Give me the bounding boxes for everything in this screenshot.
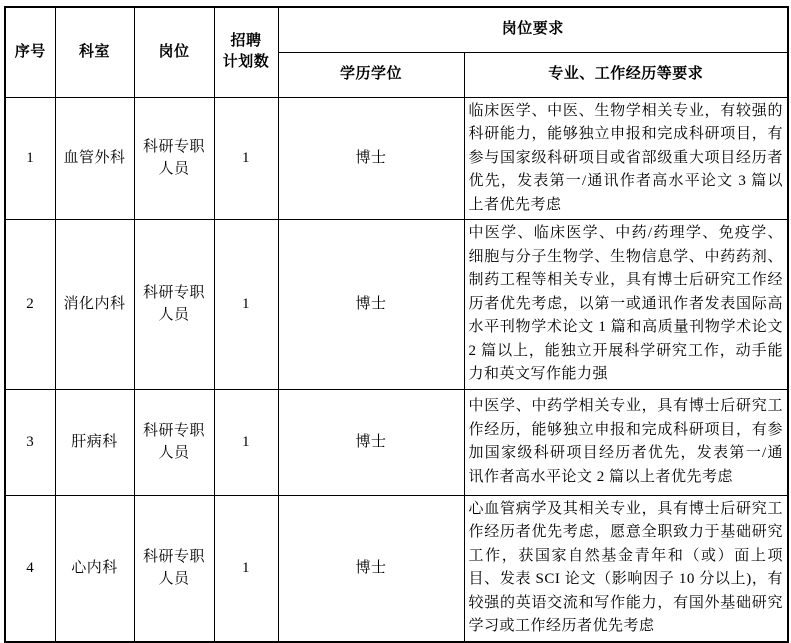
cell-degree: 博士 <box>278 97 464 220</box>
table-row: 1 血管外科 科研专职 人员 1 博士 临床医学、中医、生物学相关专业，有较强的… <box>5 97 788 220</box>
cell-position: 科研专职 人员 <box>134 389 214 495</box>
cell-plan-count: 1 <box>214 389 278 495</box>
cell-requirements: 中医学、临床医学、中药/药理学、免疫学、细胞与分子生物学、生物信息学、中药药剂、… <box>464 220 788 390</box>
cell-serial: 4 <box>5 495 55 642</box>
header-col-department: 科室 <box>55 7 134 97</box>
cell-department: 肝病科 <box>55 389 134 495</box>
cell-plan-count: 1 <box>214 495 278 642</box>
recruitment-table: 序号 科室 岗位 招聘 计划数 岗位要求 学历学位 专业、工作经历等要求 1 血… <box>4 6 789 643</box>
header-col-degree: 学历学位 <box>278 52 464 97</box>
cell-position: 科研专职 人员 <box>134 97 214 220</box>
cell-serial: 3 <box>5 389 55 495</box>
header-col-position: 岗位 <box>134 7 214 97</box>
table-row: 4 心内科 科研专职 人员 1 博士 心血管病学及其相关专业，具有博士后研究工作… <box>5 495 788 642</box>
cell-position: 科研专职 人员 <box>134 495 214 642</box>
cell-requirements: 心血管病学及其相关专业，具有博士后研究工作经历者优先考虑，愿意全职致力于基础研究… <box>464 495 788 642</box>
cell-degree: 博士 <box>278 389 464 495</box>
header-col-requirements-group: 岗位要求 <box>278 7 788 52</box>
cell-department: 血管外科 <box>55 97 134 220</box>
header-col-serial: 序号 <box>5 7 55 97</box>
cell-serial: 2 <box>5 220 55 390</box>
header-col-major-experience: 专业、工作经历等要求 <box>464 52 788 97</box>
cell-degree: 博士 <box>278 220 464 390</box>
cell-degree: 博士 <box>278 495 464 642</box>
cell-plan-count: 1 <box>214 220 278 390</box>
page: 序号 科室 岗位 招聘 计划数 岗位要求 学历学位 专业、工作经历等要求 1 血… <box>0 0 791 563</box>
cell-plan-count: 1 <box>214 97 278 220</box>
cell-requirements: 中医学、中药学相关专业，具有博士后研究工作经历，能够独立申报和完成科研项目，有参… <box>464 389 788 495</box>
cell-requirements: 临床医学、中医、生物学相关专业，有较强的科研能力，能够独立申报和完成科研项目，有… <box>464 97 788 220</box>
cell-department: 消化内科 <box>55 220 134 390</box>
cell-department: 心内科 <box>55 495 134 642</box>
header-col-plan-count: 招聘 计划数 <box>214 7 278 97</box>
table-row: 2 消化内科 科研专职 人员 1 博士 中医学、临床医学、中药/药理学、免疫学、… <box>5 220 788 390</box>
table-row: 3 肝病科 科研专职 人员 1 博士 中医学、中药学相关专业，具有博士后研究工作… <box>5 389 788 495</box>
cell-serial: 1 <box>5 97 55 220</box>
cell-position: 科研专职 人员 <box>134 220 214 390</box>
